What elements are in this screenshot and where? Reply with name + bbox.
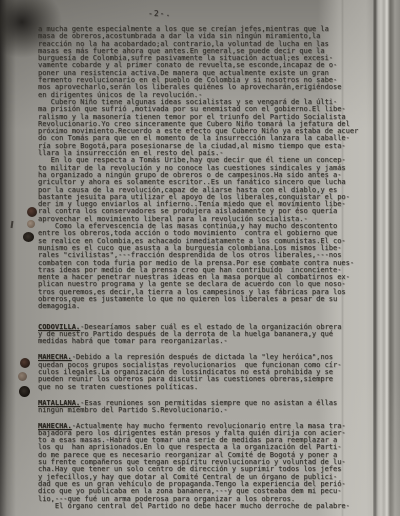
dialogue-paragraph: MAHECHA.-Debido a la represión después d… [38, 354, 380, 390]
ink-dot [27, 207, 37, 217]
narrative-paragraph: Como la efervescencia de las masas conti… [38, 223, 380, 311]
ink-tick-mark [11, 221, 14, 228]
narrative-paragraph: Cubero Niño tiene algunas ideas socialis… [38, 99, 380, 157]
dialogue-text: -Esas reuniones son permitidas siempre q… [38, 399, 337, 414]
dialogue-text: -Actualmente hay mucho fermento revoluci… [38, 422, 350, 510]
narrative-paragraph: En lo que respecta a Tomás Uribe,hay que… [38, 157, 380, 223]
ink-dot [19, 386, 30, 397]
typewritten-text: a mucha gente especialmente a los que se… [38, 26, 380, 510]
dialogue-text: -Debido a la represión después de dictad… [38, 353, 341, 390]
ink-dot [20, 358, 30, 368]
ink-dot [27, 220, 35, 228]
dialogue-text: -Desearíamos saber cuál es el estado de … [38, 323, 341, 346]
dialogue-paragraph: CODOVILLA.-Desearíamos saber cuál es el … [38, 324, 380, 346]
narrative-paragraph: a mucha gente especialmente a los que se… [38, 26, 380, 99]
page-number: -2-. [148, 9, 171, 18]
dialogue-paragraph: MATALLANA.-Esas reuniones son permitidas… [38, 400, 380, 415]
ink-dot [23, 232, 34, 242]
scanned-document-page: -2-. a mucha gente especialmente a los q… [0, 0, 400, 516]
dialogue-paragraph: MAHECHA.-Actualmente hay mucho fermento … [38, 423, 380, 511]
ink-dot [18, 372, 27, 381]
